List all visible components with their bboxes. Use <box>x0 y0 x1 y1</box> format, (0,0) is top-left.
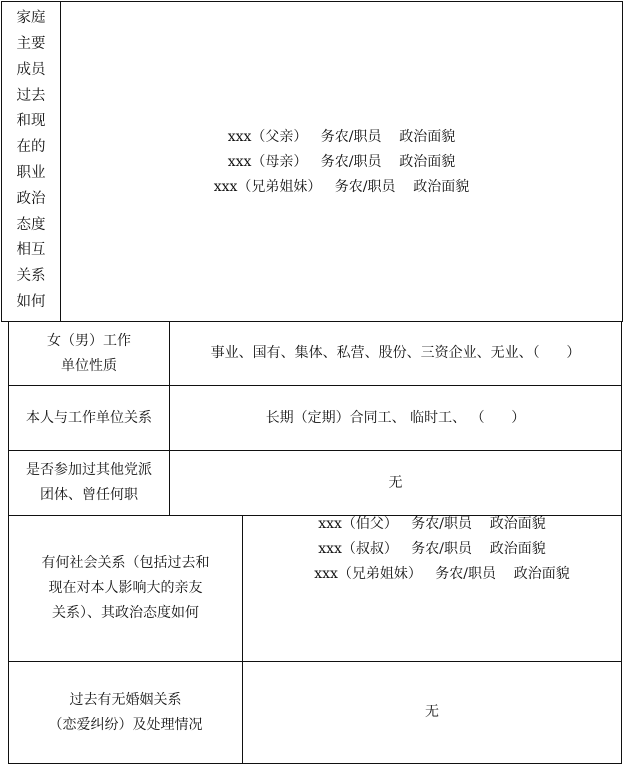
relation-label: 本人与工作单位关系 <box>9 386 169 450</box>
label-line: 单位性质 <box>61 354 117 379</box>
label-line: 家庭 <box>17 6 46 32</box>
work-unit-value: 事业、国有、集体、私营、股份、三资企业、无业、（ ） <box>170 322 621 385</box>
marriage-answer: 无 <box>425 700 439 725</box>
label-line: 成员 <box>17 58 46 84</box>
family-entries: xxx（父亲） 务农/职员 政治面貌 xxx（母亲） 务农/职员 政治面貌 xx… <box>61 2 622 320</box>
label-line: 团体、曾任何职 <box>40 483 138 508</box>
label-line: 政治 <box>17 187 46 213</box>
label-line: 关系）、其政治态度如何 <box>52 601 199 626</box>
social-entries: xxx（伯父） 务农/职员 政治面貌 xxx（叔叔） 务农/职员 政治面貌 xx… <box>243 516 621 661</box>
label-line: 在的 <box>17 135 46 161</box>
label-line: 如何 <box>17 290 46 316</box>
family-entry: xxx（母亲） 务农/职员 政治面貌 <box>228 150 456 175</box>
relation-value: 长期（定期）合同工、 临时工、 （ ） <box>170 386 621 450</box>
label-line: 过去有无婚姻关系 <box>70 688 182 713</box>
social-entry: xxx（伯父） 务农/职员 政治面貌 <box>318 512 546 537</box>
relation-options: 长期（定期）合同工、 临时工、 （ ） <box>266 406 526 431</box>
label-line: （恋爱纠纷）及处理情况 <box>49 713 203 738</box>
label-line: 是否参加过其他党派 <box>26 458 152 483</box>
marriage-label: 过去有无婚姻关系 （恋爱纠纷）及处理情况 <box>9 662 242 763</box>
label-line: 相互 <box>17 238 46 264</box>
work-unit-label: 女（男）工作 单位性质 <box>9 322 169 385</box>
label-line: 过去 <box>17 84 46 110</box>
label-line: 关系 <box>17 264 46 290</box>
label-line: 女（男）工作 <box>47 329 131 354</box>
party-value: 无 <box>170 451 621 515</box>
party-answer: 无 <box>389 471 403 496</box>
family-entry: xxx（父亲） 务农/职员 政治面貌 <box>228 125 456 150</box>
label-line: 态度 <box>17 213 46 239</box>
party-label: 是否参加过其他党派 团体、曾任何职 <box>9 451 169 515</box>
label-line: 职业 <box>17 161 46 187</box>
family-label: 家庭 主要 成员 过去 和现 在的 职业 政治 态度 相互 关系 如何 <box>2 2 60 320</box>
label-line: 和现 <box>17 109 46 135</box>
social-label: 有何社会关系（包括过去和 现在对本人影响大的亲友 关系）、其政治态度如何 <box>9 516 242 661</box>
social-entry: xxx（叔叔） 务农/职员 政治面貌 <box>318 537 546 562</box>
label-line: 现在对本人影响大的亲友 <box>49 576 203 601</box>
label-text: 本人与工作单位关系 <box>26 406 152 431</box>
label-line: 有何社会关系（包括过去和 <box>42 551 210 576</box>
social-entry: xxx（兄弟姐妹） 务农/职员 政治面貌 <box>314 562 570 587</box>
label-line: 主要 <box>17 32 46 58</box>
family-entry: xxx（兄弟姐妹） 务农/职员 政治面貌 <box>214 175 470 200</box>
work-unit-options: 事业、国有、集体、私营、股份、三资企业、无业、（ ） <box>211 341 581 366</box>
marriage-value: 无 <box>243 662 621 763</box>
